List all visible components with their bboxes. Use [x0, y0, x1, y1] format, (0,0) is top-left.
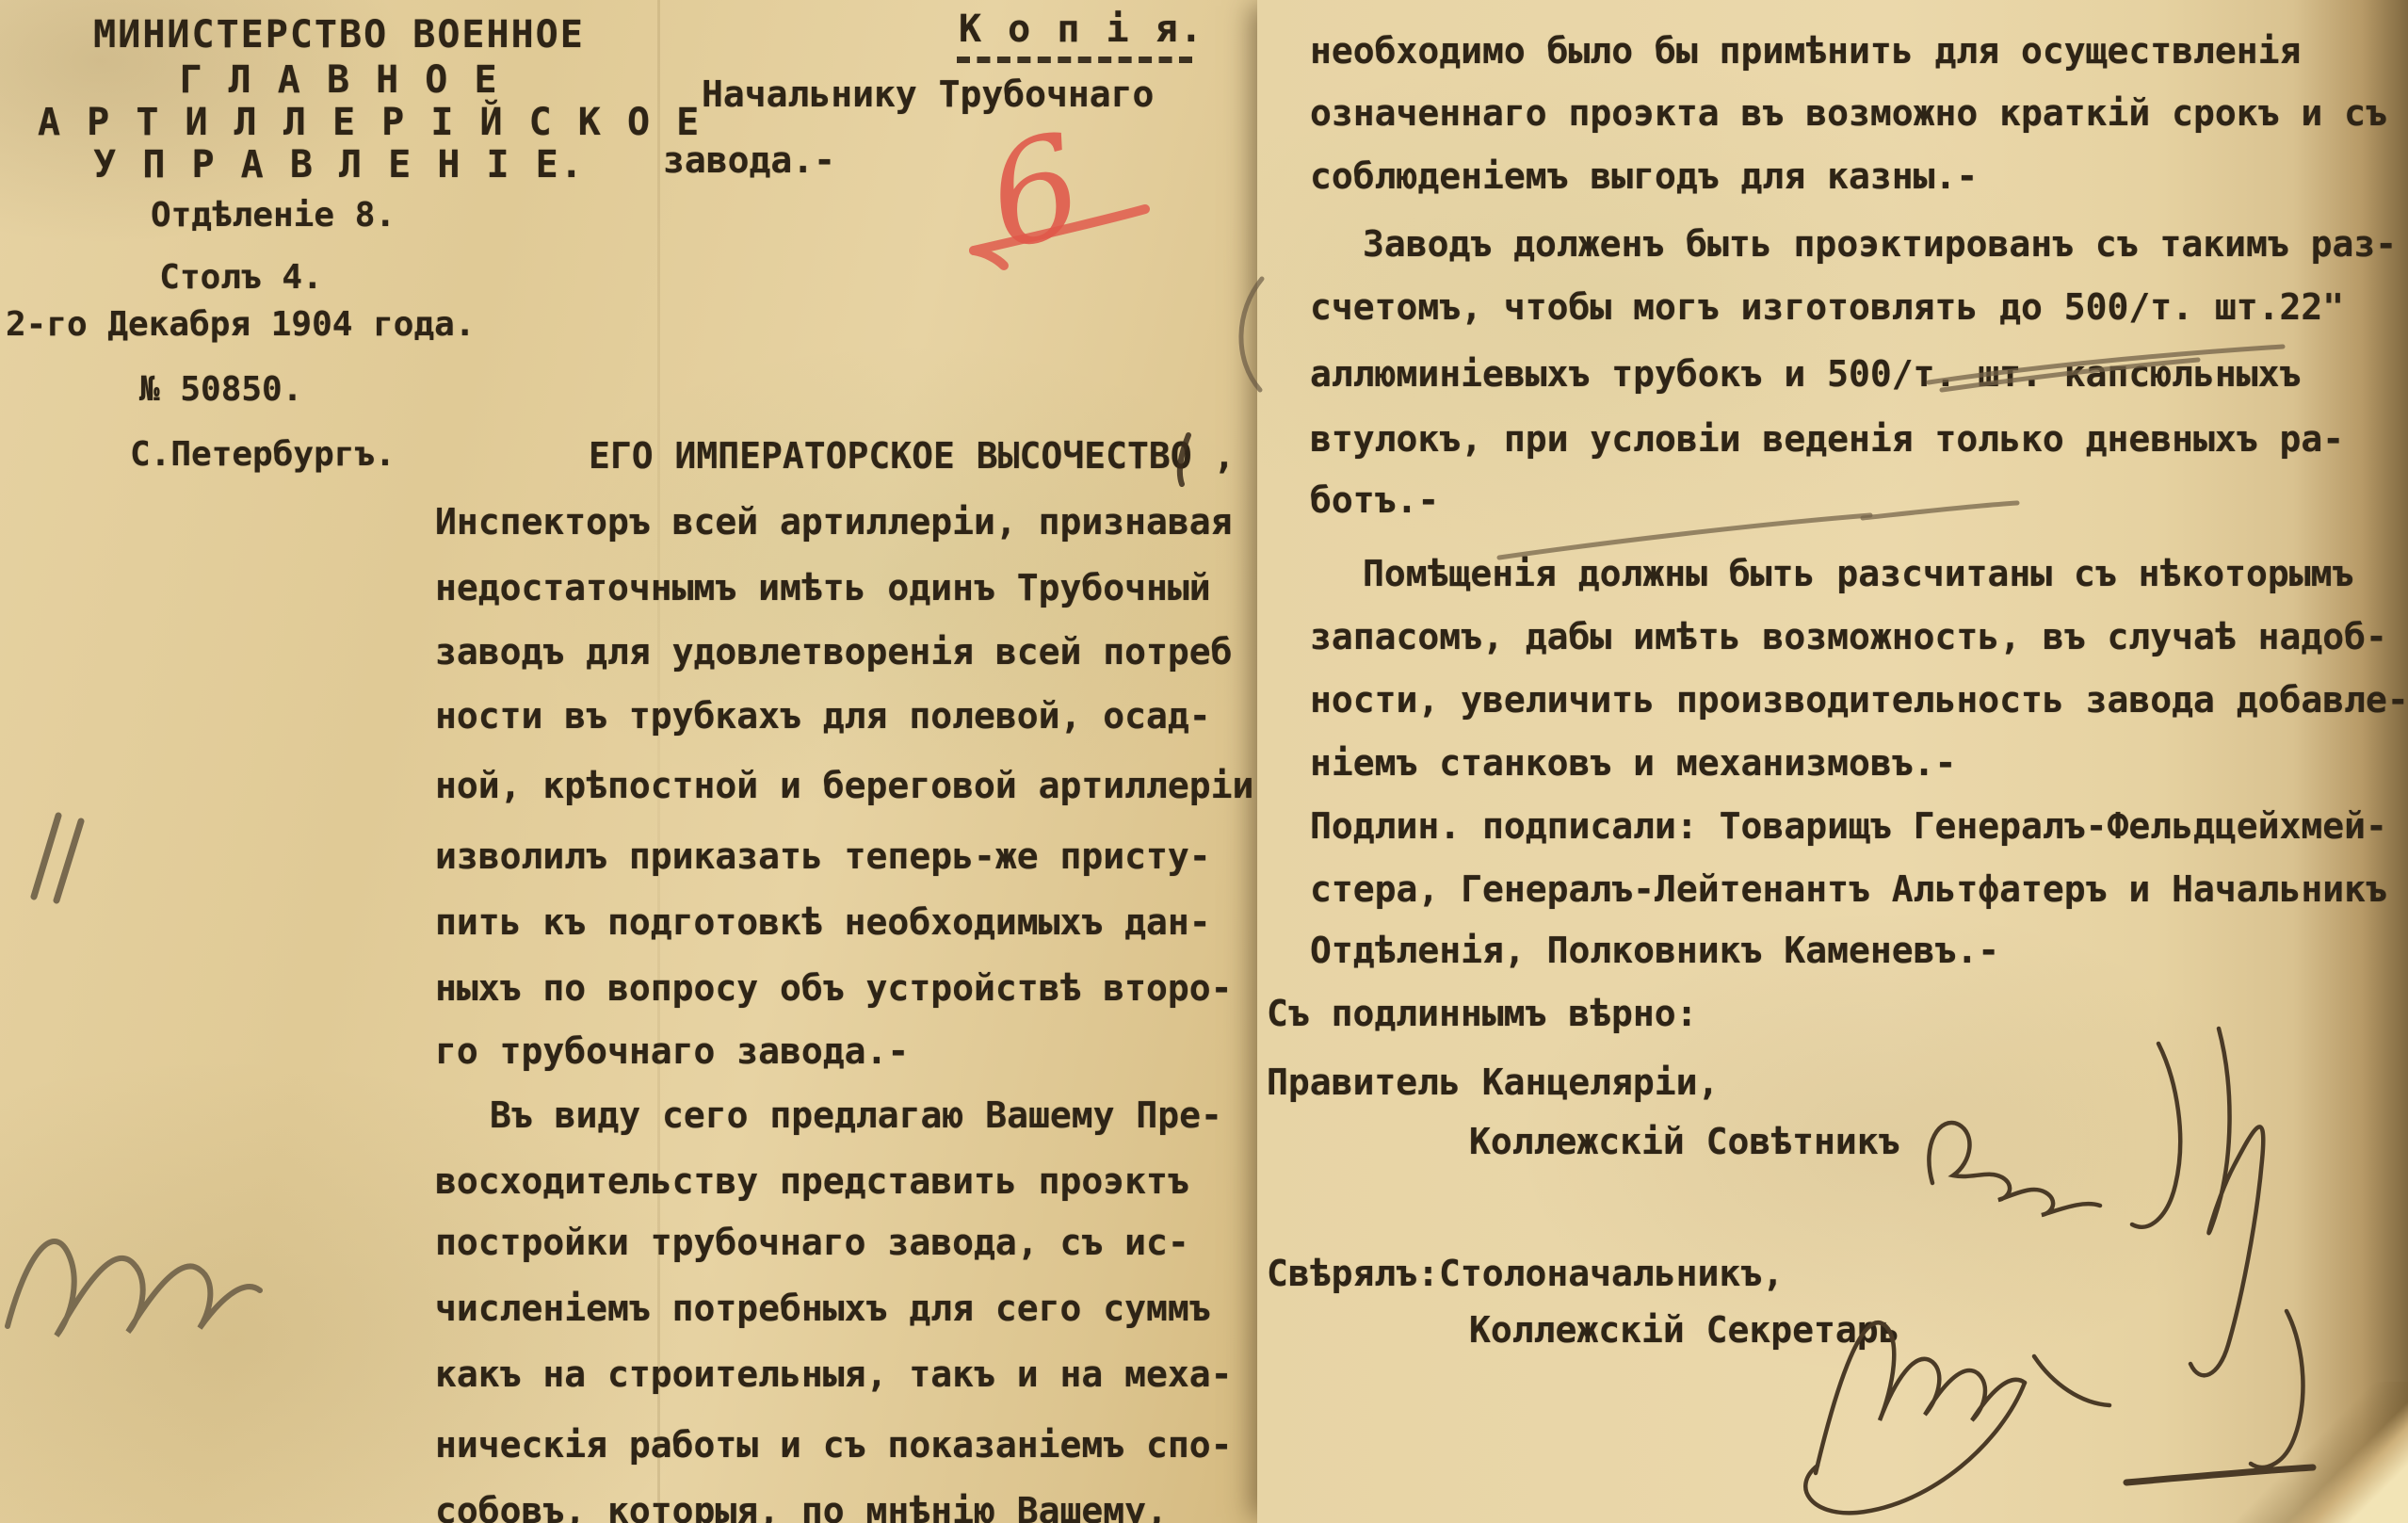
- typed-line: аллюминіевыхъ трубокъ и 500/т. шт. капсю…: [1310, 356, 2301, 392]
- typed-line: Инспекторъ всей артиллеріи, признавая: [435, 504, 1232, 540]
- typed-line: Помѣщенія должны быть разсчитаны съ нѣко…: [1363, 556, 2353, 591]
- typed-line: ныхъ по вопросу объ устройствѣ второ-: [435, 970, 1232, 1006]
- typed-line: Въ виду сего предлагаю Вашему Пре-: [490, 1097, 1222, 1133]
- typed-line: Отдѣленія, Полковникъ Каменевъ.-: [1310, 932, 1999, 968]
- letterhead-desk: Столъ 4.: [24, 258, 458, 297]
- typed-line: пить къ подготовкѣ необходимыхъ дан-: [435, 904, 1211, 940]
- typed-line: заводъ для удовлетворенія всей потреб: [435, 634, 1232, 670]
- addressee-line1: Начальнику Трубочнаго: [702, 73, 1154, 115]
- typed-line: восходительству представить проэктъ: [435, 1163, 1189, 1199]
- typed-line: Правитель Канцеляріи,: [1267, 1064, 1719, 1100]
- letterhead-department: Отдѣленіе 8.: [57, 196, 490, 235]
- letterhead-upravlenie: У П Р А В Л Е Н І Е.: [38, 143, 640, 186]
- typed-line: Заводъ долженъ быть проэктированъ съ так…: [1363, 226, 2397, 262]
- document-scan: МИНИСТЕРСТВО ВОЕННОЕ Г Л А В Н О Е А Р Т…: [0, 0, 2408, 1523]
- addressee-line2: завода.-: [663, 139, 835, 181]
- typed-line: ности въ трубкахъ для полевой, осад-: [435, 698, 1211, 734]
- typed-line: соблюденіемъ выгодъ для казны.-: [1310, 158, 1978, 194]
- letterhead-number: № 50850.: [139, 370, 302, 409]
- typed-line: ботъ.-: [1310, 482, 1439, 518]
- typed-line: Подлин. подписали: Товарищъ Генералъ-Фел…: [1310, 808, 2387, 844]
- typed-line: запасомъ, дабы имѣть возможность, въ слу…: [1310, 619, 2387, 655]
- letterhead-artillery: А Р Т И Л Л Е Р І Й С К О Е: [38, 101, 640, 144]
- right-page: необходимо было бы примѣнить для осущест…: [1257, 0, 2408, 1523]
- typed-line: изволилъ приказать теперь-же присту-: [435, 838, 1211, 874]
- typed-line: го трубочнаго завода.-: [435, 1033, 909, 1069]
- typed-line: постройки трубочнаго завода, съ ис-: [435, 1224, 1189, 1260]
- typed-line: недостаточнымъ имѣть одинъ Трубочный: [435, 570, 1211, 606]
- typed-line: счетомъ, чтобы могъ изготовлять до 500/т…: [1310, 289, 2344, 325]
- typed-line: необходимо было бы примѣнить для осущест…: [1310, 33, 2301, 69]
- typed-line: ніемъ станковъ и механизмовъ.-: [1310, 745, 1956, 781]
- typed-line: Съ подлиннымъ вѣрно:: [1267, 996, 1698, 1031]
- typed-line: ЕГО ИМПЕРАТОРСКОЕ ВЫСОЧЕСТВО ,: [589, 438, 1235, 474]
- letterhead-date: 2-го Декабря 1904 года.: [6, 305, 476, 344]
- copy-stamp: К о п і я.: [959, 8, 1204, 51]
- letterhead-city: С.Петербургъ.: [130, 435, 396, 474]
- typed-line: ническія работы и съ показаніемъ спо-: [435, 1427, 1232, 1463]
- copy-stamp-underline: [957, 57, 1192, 63]
- typed-line: Свѣрялъ:Столоначальникъ,: [1267, 1256, 1784, 1291]
- typed-line: Коллежскій Совѣтникъ: [1469, 1124, 1900, 1159]
- typed-line: стера, Генералъ-Лейтенантъ Альтфатеръ и …: [1310, 871, 2387, 907]
- typed-line: какъ на строительныя, такъ и на меха-: [435, 1356, 1232, 1392]
- typed-line: втулокъ, при условіи веденія только днев…: [1310, 421, 2344, 457]
- typed-line: Коллежскій Секретарь: [1469, 1312, 1900, 1348]
- red-folio-number: 6: [973, 103, 1098, 282]
- left-page: МИНИСТЕРСТВО ВОЕННОЕ Г Л А В Н О Е А Р Т…: [0, 0, 1257, 1523]
- letterhead-glavnoe: Г Л А В Н О Е: [38, 58, 640, 102]
- typed-line: численіемъ потребныхъ для сего суммъ: [435, 1290, 1211, 1326]
- typed-line: собовъ, которыя, по мнѣнію Вашему,: [435, 1493, 1168, 1523]
- page-corner-curl: [2229, 1382, 2408, 1523]
- typed-line: ности, увеличить производительность заво…: [1310, 682, 2408, 718]
- typed-line: означеннаго проэкта въ возможно краткій …: [1310, 95, 2387, 131]
- typed-line: ной, крѣпостной и береговой артиллеріи: [435, 768, 1253, 803]
- letterhead-ministry: МИНИСТЕРСТВО ВОЕННОЕ: [38, 13, 640, 57]
